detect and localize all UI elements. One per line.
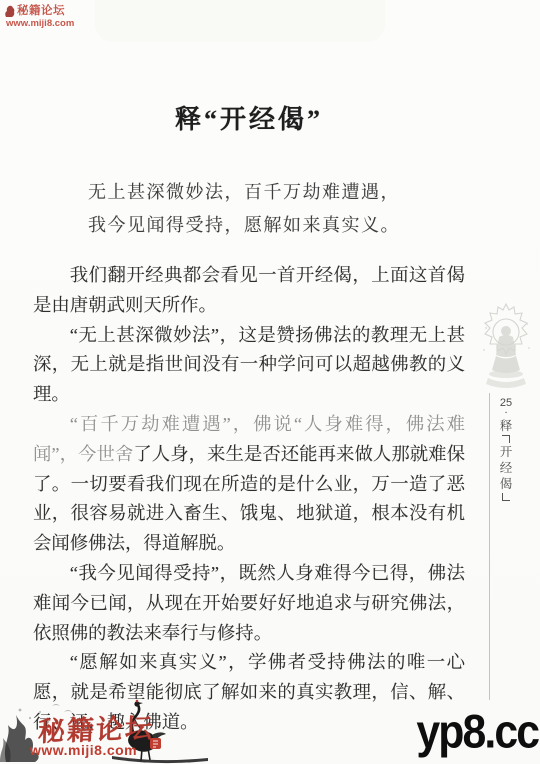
watermark-site-url: www.miji8.com [6,19,74,29]
paragraph: “无上甚深微妙法”，这是赞扬佛法的教理无上甚深，无上就是指世间没有一种学问可以超… [33,321,465,410]
folio-char: 释 [500,419,513,433]
folio-char: 开 [500,445,513,459]
folio-char: 偈 [500,477,513,491]
paragraph-text: 我们翻开经典都会看见一首开经偈，上面这首偈是由唐朝武则天所作。 [33,265,465,315]
opening-verse: 无上甚深微妙法，百千万劫难遭遇， 我今见闻得受持，愿解如来真实义。 [88,176,400,242]
paragraph: 我们翻开经典都会看见一首开经偈，上面这首偈是由唐朝武则天所作。 [33,261,465,321]
body-text: 我们翻开经典都会看见一首开经偈，上面这首偈是由唐朝武则天所作。 “无上甚深微妙法… [33,261,465,738]
watermark-top-left: 秘籍论坛 www.miji8.com [4,5,74,29]
watermark-site-name: 秘籍论坛 [17,5,65,18]
crane-logo-icon [4,5,15,18]
folio-char: 经 [500,461,513,475]
miji-forum-logo: 秘籍论坛 www.miji8.com [0,698,215,764]
verse-line: 我今见闻得受持，愿解如来真实义。 [88,209,400,242]
paragraph: “我今见闻得受持”，既然人身难得今已得，佛法难闻今已闻，从现在开始要好好地追求与… [33,559,465,648]
folio-separator: · [504,411,507,417]
scanned-book-page: 秘籍论坛 www.miji8.com 释“开经偈” 无上甚深微妙法，百千万劫难遭… [0,0,540,764]
logo-site-url: www.miji8.com [30,742,137,758]
paragraph-text: “我今见闻得受持”，既然人身难得今已得，佛法难闻今已闻，从现在开始要好好地追求与… [33,563,465,643]
margin-rule [489,393,490,700]
paragraph: “百千万劫难遭遇”，佛说“人身难得，佛法难闻”，今世舍了人身，来生是否还能再来做… [33,410,465,559]
vertical-close-bracket [502,493,510,501]
chapter-title: 释“开经偈” [33,99,465,136]
vertical-open-bracket [502,435,510,443]
yp8-watermark: yp8.cc [416,704,538,759]
verse-line: 无上甚深微妙法，百千万劫难遭遇， [88,176,400,209]
paragraph-text: “无上甚深微妙法”，这是赞扬佛法的教理无上甚深，无上就是指世间没有一种学问可以超… [33,325,465,405]
buddha-figure-illustration [474,298,538,394]
folio-label: 25 · 释 开 经 偈 [495,397,517,501]
scan-artifact [95,0,385,42]
